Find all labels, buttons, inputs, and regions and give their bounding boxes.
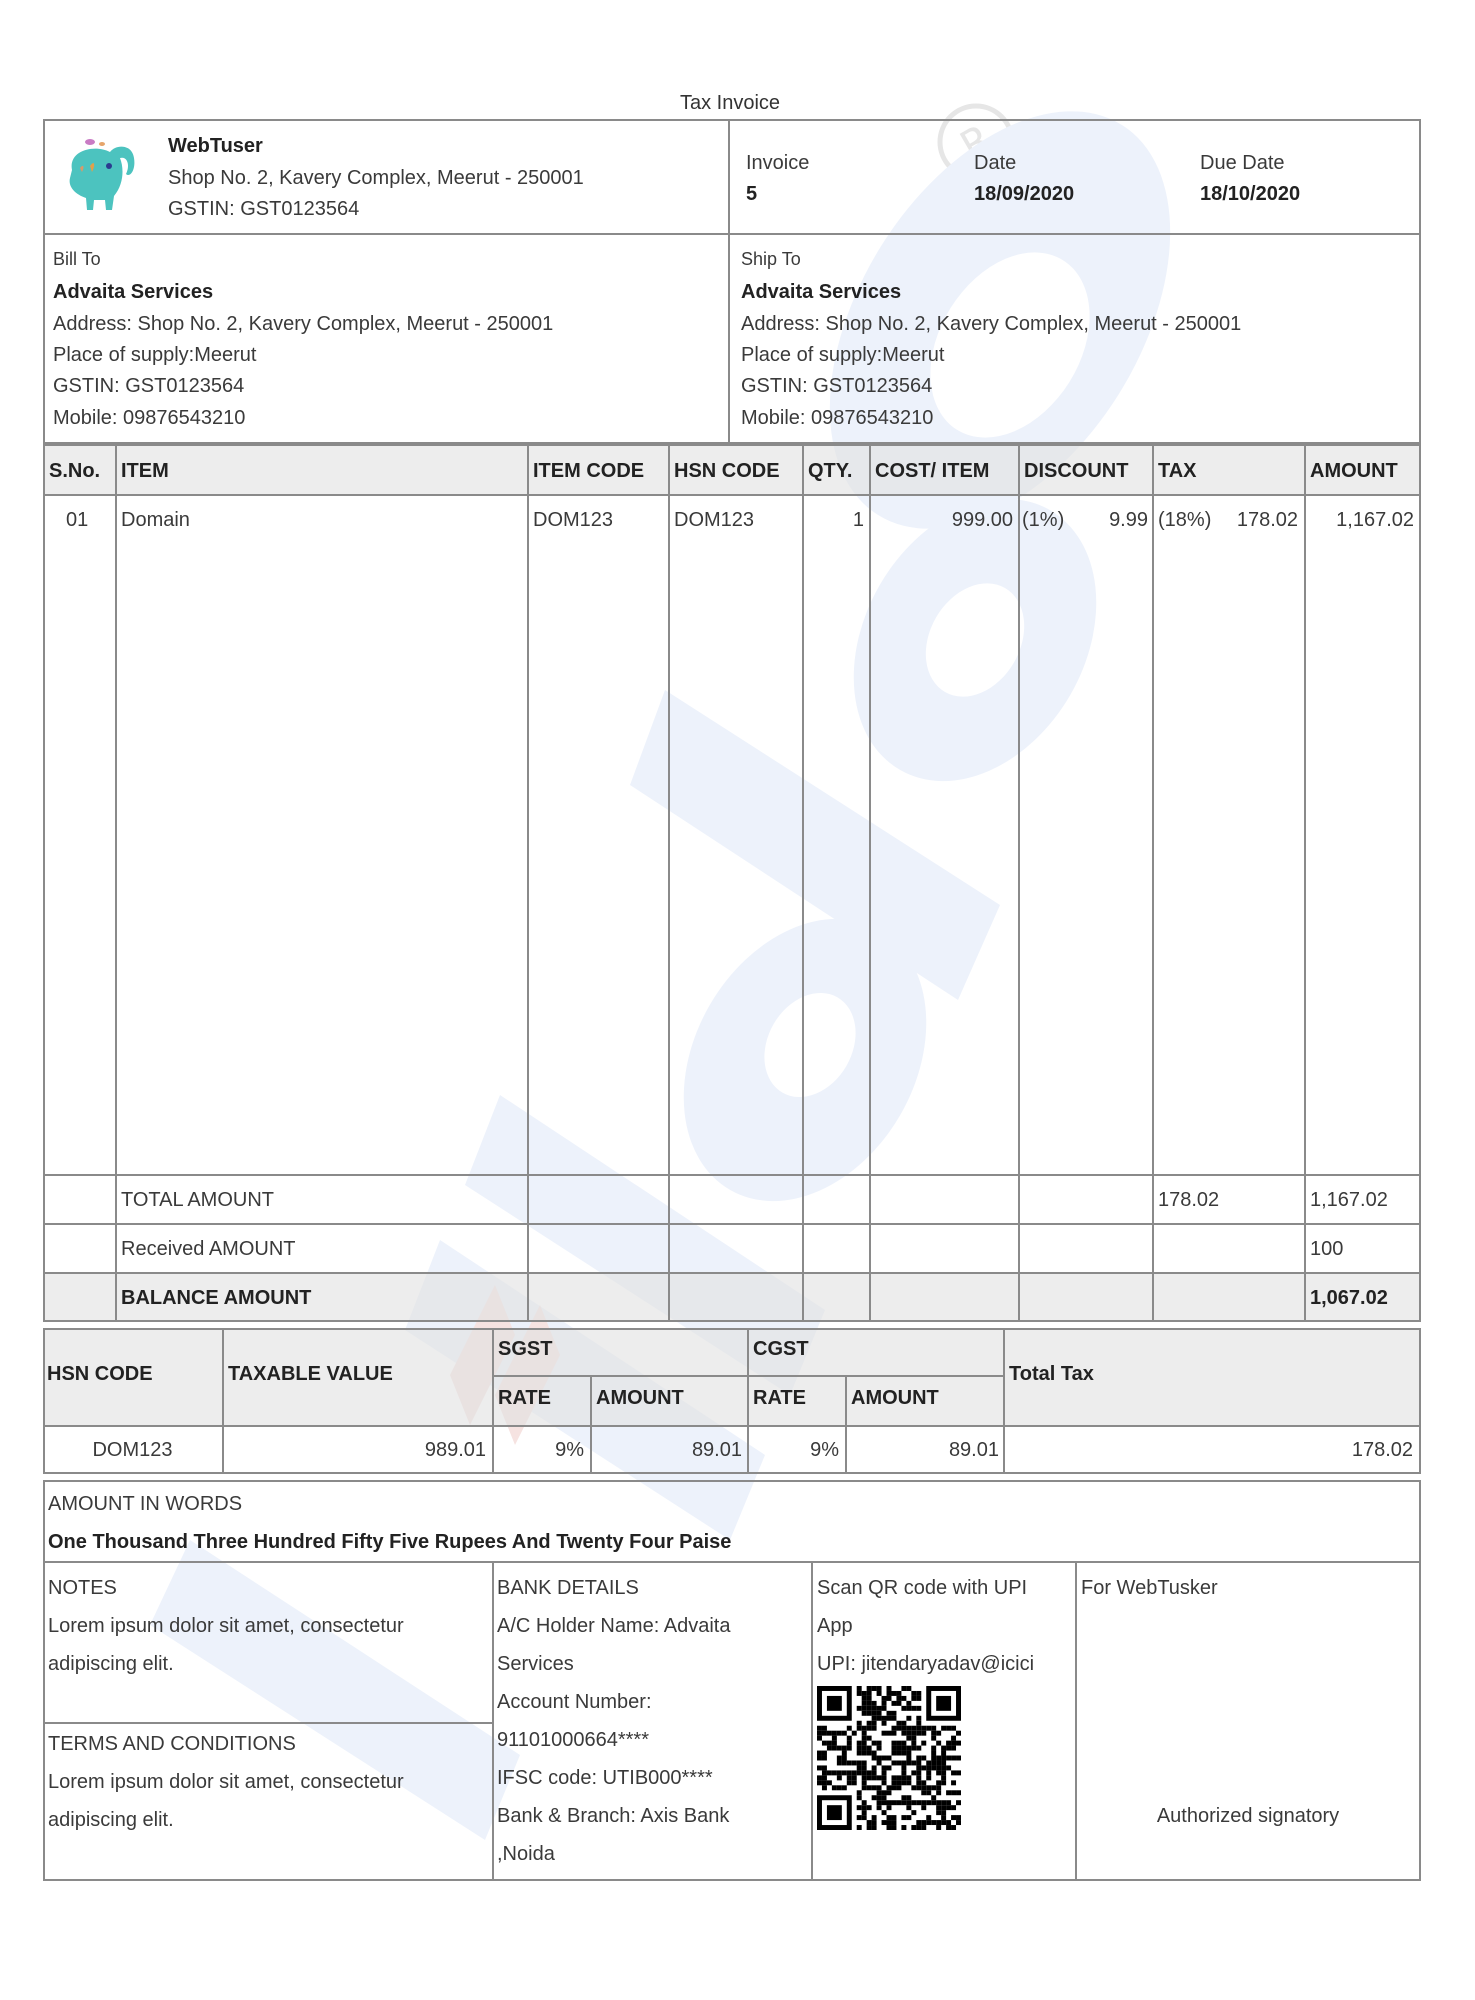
invoice-number: 5: [746, 184, 757, 204]
col-header-qty: QTY.: [808, 461, 852, 481]
tax-header-total: Total Tax: [1009, 1364, 1094, 1384]
tax-row-cgst-rate: 9%: [749, 1440, 839, 1460]
bank-account-label: Account Number:: [497, 1692, 652, 1712]
tax-row-hsn: DOM123: [43, 1440, 222, 1460]
col-header-amount: AMOUNT: [1310, 461, 1398, 481]
bill-to-address: Address: Shop No. 2, Kavery Complex, Mee…: [53, 314, 553, 334]
tax-header-sgst-amount: AMOUNT: [596, 1388, 684, 1408]
tax-header-cgst-rate: RATE: [753, 1388, 806, 1408]
due-date: 18/10/2020: [1200, 184, 1300, 204]
col-header-item: ITEM: [121, 461, 169, 481]
col-header-cost: COST/ ITEM: [875, 461, 989, 481]
row-hsn-code: DOM123: [674, 510, 754, 530]
balance-amount-label: BALANCE AMOUNT: [121, 1288, 311, 1308]
signature-for: For WebTusker: [1081, 1578, 1218, 1598]
col-header-hsn-code: HSN CODE: [674, 461, 780, 481]
amount-in-words-label: AMOUNT IN WORDS: [48, 1494, 242, 1514]
row-item-code: DOM123: [533, 510, 613, 530]
seller-address: Shop No. 2, Kavery Complex, Meerut - 250…: [168, 168, 584, 188]
received-amount-value: 100: [1310, 1239, 1343, 1259]
tax-row-taxable: 989.01: [224, 1440, 486, 1460]
tax-header-hsn: HSN CODE: [47, 1364, 153, 1384]
elephant-logo-icon: [50, 130, 140, 222]
bill-to-place: Place of supply:Meerut: [53, 345, 256, 365]
total-amount-label: TOTAL AMOUNT: [121, 1190, 274, 1210]
tax-header-taxable: TAXABLE VALUE: [228, 1364, 393, 1384]
terms-label: TERMS AND CONDITIONS: [48, 1734, 296, 1754]
row-discount-value: 9.99: [1080, 510, 1148, 530]
total-amount-value: 1,167.02: [1310, 1190, 1388, 1210]
invoice-date-label: Date: [974, 153, 1016, 173]
bill-to-label: Bill To: [53, 250, 101, 268]
tax-row-sgst-rate: 9%: [494, 1440, 584, 1460]
row-qty: 1: [806, 510, 864, 530]
bill-to-mobile: Mobile: 09876543210: [53, 408, 245, 428]
seller-gstin: GSTIN: GST0123564: [168, 199, 359, 219]
balance-amount-value: 1,067.02: [1310, 1288, 1388, 1308]
ship-to-label: Ship To: [741, 250, 801, 268]
row-item: Domain: [121, 510, 190, 530]
row-cost: 999.00: [873, 510, 1013, 530]
col-header-item-code: ITEM CODE: [533, 461, 644, 481]
invoice-date: 18/09/2020: [974, 184, 1074, 204]
upi-id: UPI: jitendaryadav@icici: [817, 1654, 1034, 1674]
terms-line-1: Lorem ipsum dolor sit amet, consectetur: [48, 1772, 404, 1792]
ship-to-mobile: Mobile: 09876543210: [741, 408, 933, 428]
bank-branch: Bank & Branch: Axis Bank: [497, 1806, 729, 1826]
col-header-sno: S.No.: [49, 461, 100, 481]
seller-name: WebTuser: [168, 136, 263, 156]
notes-line-2: adipiscing elit.: [48, 1654, 174, 1674]
terms-line-2: adipiscing elit.: [48, 1810, 174, 1830]
upi-instruction: Scan QR code with UPI: [817, 1578, 1027, 1598]
bill-to-gstin: GSTIN: GST0123564: [53, 376, 244, 396]
tax-row-sgst-amount: 89.01: [592, 1440, 742, 1460]
bank-branch-cont: ,Noida: [497, 1844, 555, 1864]
row-tax-value: 178.02: [1220, 510, 1298, 530]
ship-to-name: Advaita Services: [741, 282, 901, 302]
notes-line-1: Lorem ipsum dolor sit amet, consectetur: [48, 1616, 404, 1636]
authorized-signatory: Authorized signatory: [1075, 1806, 1421, 1826]
upi-instruction-cont: App: [817, 1616, 853, 1636]
bank-holder-cont: Services: [497, 1654, 574, 1674]
qr-code-icon[interactable]: [817, 1686, 961, 1830]
col-header-tax: TAX: [1158, 461, 1197, 481]
bank-account-number: 91101000664****: [497, 1730, 649, 1750]
ship-to-address: Address: Shop No. 2, Kavery Complex, Mee…: [741, 314, 1241, 334]
tax-header-cgst: CGST: [753, 1339, 809, 1359]
amount-in-words-value: One Thousand Three Hundred Fifty Five Ru…: [48, 1532, 731, 1552]
notes-label: NOTES: [48, 1578, 117, 1598]
col-header-discount: DISCOUNT: [1024, 461, 1128, 481]
row-discount-rate: (1%): [1022, 510, 1064, 530]
tax-row-cgst-amount: 89.01: [847, 1440, 999, 1460]
bill-to-name: Advaita Services: [53, 282, 213, 302]
ship-to-gstin: GSTIN: GST0123564: [741, 376, 932, 396]
due-date-label: Due Date: [1200, 153, 1285, 173]
bank-ifsc: IFSC code: UTIB000****: [497, 1768, 713, 1788]
total-tax-value: 178.02: [1158, 1190, 1219, 1210]
received-amount-label: Received AMOUNT: [121, 1239, 296, 1259]
bank-holder: A/C Holder Name: Advaita: [497, 1616, 730, 1636]
invoice-number-label: Invoice: [746, 153, 809, 173]
tax-header-sgst-rate: RATE: [498, 1388, 551, 1408]
ship-to-place: Place of supply:Meerut: [741, 345, 944, 365]
document-title: Tax Invoice: [0, 93, 1460, 113]
row-sno: 01: [66, 510, 88, 530]
row-amount: 1,167.02: [1308, 510, 1414, 530]
tax-header-cgst-amount: AMOUNT: [851, 1388, 939, 1408]
row-tax-rate: (18%): [1158, 510, 1211, 530]
tax-row-total: 178.02: [1005, 1440, 1413, 1460]
bank-label: BANK DETAILS: [497, 1578, 639, 1598]
tax-header-sgst: SGST: [498, 1339, 552, 1359]
